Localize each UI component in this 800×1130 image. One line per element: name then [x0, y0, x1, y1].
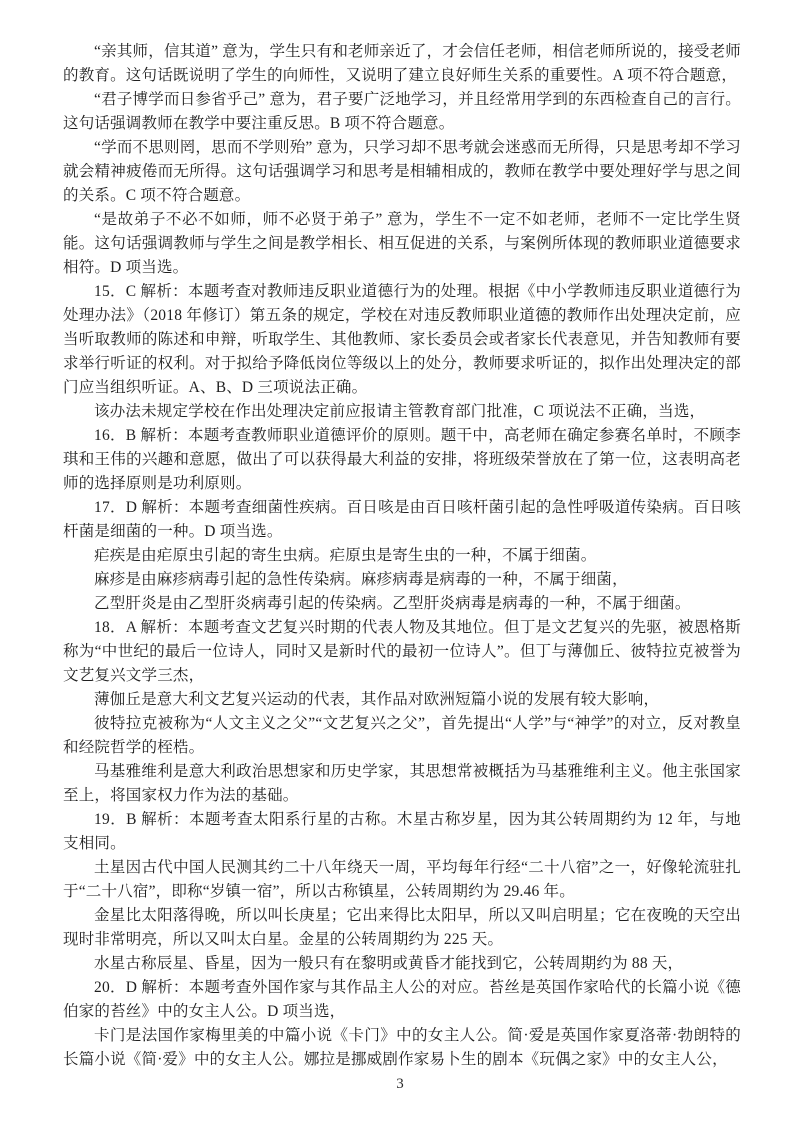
- paragraph: 乙型肝炎是由乙型肝炎病毒引起的传染病。乙型肝炎病毒是病毒的一种，不属于细菌。: [63, 592, 741, 616]
- paragraph: 疟疾是由疟原虫引起的寄生虫病。疟原虫是寄生虫的一种，不属于细菌。: [63, 544, 741, 568]
- paragraph: 彼特拉克被称为“人文主义之父”“文艺复兴之父”，首先提出“人学”与“神学”的对立…: [63, 712, 741, 760]
- document-body: “亲其师，信其道” 意为，学生只有和老师亲近了，才会信任老师，相信老师所说的，接…: [63, 40, 741, 1072]
- paragraph: 18．A 解析：本题考查文艺复兴时期的代表人物及其地位。但丁是文艺复兴的先驱，被…: [63, 616, 741, 688]
- paragraph: “是故弟子不必不如师，师不必贤于弟子” 意为，学生不一定不如老师，老师不一定比学…: [63, 208, 741, 280]
- paragraph: “君子博学而日参省乎己” 意为，君子要广泛地学习，并且经常用学到的东西检查自己的…: [63, 88, 741, 136]
- paragraph: 薄伽丘是意大利文艺复兴运动的代表，其作品对欧洲短篇小说的发展有较大影响，: [63, 688, 741, 712]
- paragraph: 19．B 解析：本题考查太阳系行星的古称。木星古称岁星，因为其公转周期约为 12…: [63, 808, 741, 856]
- paragraph: 20．D 解析：本题考查外国作家与其作品主人公的对应。苔丝是英国作家哈代的长篇小…: [63, 976, 741, 1024]
- page-number: 3: [0, 1076, 800, 1093]
- paragraph: 水星古称辰星、昏星，因为一般只有在黎明或黄昏才能找到它，公转周期约为 88 天，: [63, 952, 741, 976]
- paragraph: 金星比太阳落得晚，所以叫长庚星；它出来得比太阳早，所以又叫启明星；它在夜晚的天空…: [63, 904, 741, 952]
- paragraph: 17．D 解析：本题考查细菌性疾病。百日咳是由百日咳杆菌引起的急性呼吸道传染病。…: [63, 496, 741, 544]
- paragraph: “学而不思则罔，思而不学则殆” 意为，只学习却不思考就会迷惑而无所得，只是思考却…: [63, 136, 741, 208]
- paragraph: 16．B 解析：本题考查教师职业道德评价的原则。题干中，高老师在确定参赛名单时，…: [63, 424, 741, 496]
- paragraph: 该办法未规定学校在作出处理决定前应报请主管教育部门批准，C 项说法不正确，当选，: [63, 400, 741, 424]
- paragraph: 马基雅维利是意大利政治思想家和历史学家，其思想常被概括为马基雅维利主义。他主张国…: [63, 760, 741, 808]
- paragraph: 卡门是法国作家梅里美的中篇小说《卡门》中的女主人公。简·爱是英国作家夏洛蒂·勃朗…: [63, 1024, 741, 1072]
- paragraph: 15．C 解析：本题考查对教师违反职业道德行为的处理。根据《中小学教师违反职业道…: [63, 280, 741, 400]
- paragraph: “亲其师，信其道” 意为，学生只有和老师亲近了，才会信任老师，相信老师所说的，接…: [63, 40, 741, 88]
- paragraph: 土星因古代中国人民测其约二十八年绕天一周，平均每年行经“二十八宿”之一，好像轮流…: [63, 856, 741, 904]
- scanned-answer-page: “亲其师，信其道” 意为，学生只有和老师亲近了，才会信任老师，相信老师所说的，接…: [0, 0, 800, 1130]
- paragraph: 麻疹是由麻疹病毒引起的急性传染病。麻疹病毒是病毒的一种，不属于细菌，: [63, 568, 741, 592]
